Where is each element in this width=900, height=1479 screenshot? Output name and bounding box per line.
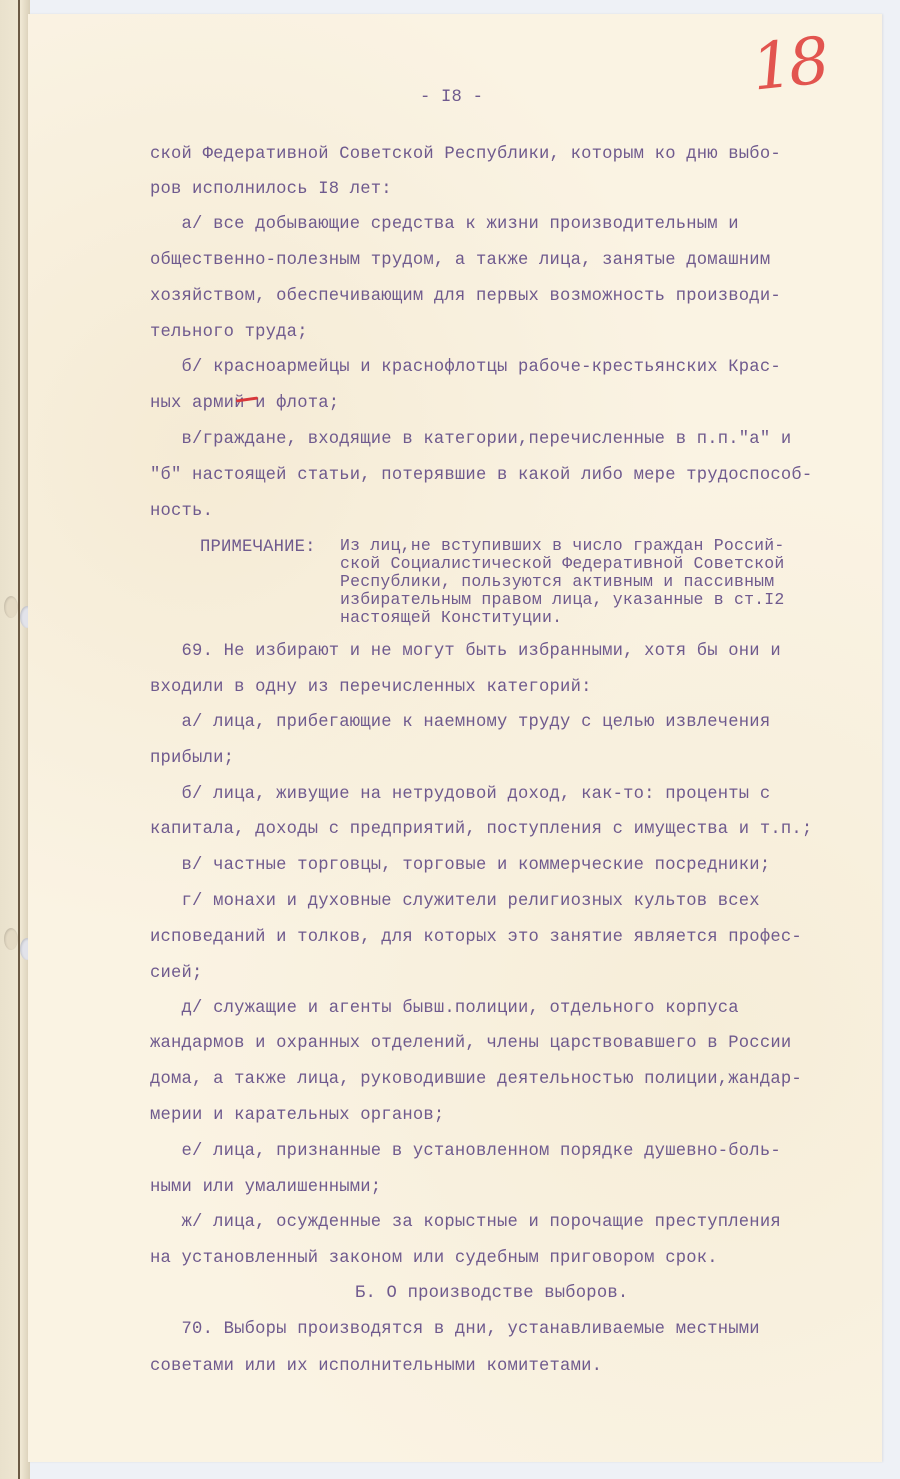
handwritten-folio-number: 18	[748, 24, 829, 105]
binding-edge	[18, 0, 20, 1479]
text-line: капитала, доходы с предприятий, поступле…	[150, 820, 812, 839]
text-line: ской Федеративной Советской Республики, …	[150, 145, 781, 164]
punch-hole	[4, 928, 18, 950]
note-line: настоящей Конституции.	[340, 610, 562, 627]
text-line: 70. Выборы производятся в дни, устанавли…	[150, 1320, 760, 1339]
text-line: советами или их исполнительными комитета…	[150, 1357, 602, 1376]
text-line: б/ лица, живущие на нетрудовой доход, ка…	[150, 785, 770, 804]
text-line: ров исполнилось I8 лет:	[150, 180, 392, 199]
note-line: Республики, пользуются активным и пассив…	[340, 574, 774, 591]
text-line: дома, а также лица, руководившие деятель…	[150, 1070, 802, 1089]
section-heading: Б. О производстве выборов.	[355, 1284, 628, 1303]
text-line: а/ лица, прибегающие к наемному труду с …	[150, 713, 770, 732]
text-line: 69. Не избирают и не могут быть избранны…	[150, 642, 781, 661]
note-line: ской Социалистической Федеративной Совет…	[340, 556, 784, 573]
text-line: общественно-полезным трудом, а также лиц…	[150, 251, 770, 270]
text-line: жандармов и охранных отделений, члены ца…	[150, 1034, 791, 1053]
text-line: г/ монахи и духовные служители религиозн…	[150, 892, 760, 911]
text-line: е/ лица, признанные в установленном поря…	[150, 1142, 781, 1161]
note-label: ПРИМЕЧАНИЕ:	[200, 538, 316, 557]
note-line: избирательным правом лица, указанные в с…	[340, 592, 784, 609]
text-line: исповеданий и толков, для которых это за…	[150, 928, 802, 947]
note-line: Из лиц,не вступивших в число граждан Рос…	[340, 538, 784, 555]
text-line: хозяйством, обеспечивающим для первых во…	[150, 287, 781, 306]
text-line: сией;	[150, 964, 203, 983]
text-line: б/ красноармейцы и краснофлотцы рабоче-к…	[150, 358, 781, 377]
text-line: "б" настоящей статьи, потерявшие в какой…	[150, 466, 812, 485]
text-line: ных армий и флота;	[150, 394, 339, 413]
text-line: входили в одну из перечисленных категори…	[150, 678, 592, 697]
text-line: на установленный законом или судебным пр…	[150, 1249, 718, 1268]
page-number: - I8 -	[420, 88, 483, 107]
text-line: тельного труда;	[150, 323, 308, 342]
text-line: в/граждане, входящие в категории,перечис…	[150, 430, 791, 449]
punch-hole	[4, 596, 18, 618]
text-line: прибыли;	[150, 749, 234, 768]
text-line: мерии и карательных органов;	[150, 1106, 444, 1125]
text-line: д/ служащие и агенты бывш.полиции, отдел…	[150, 999, 739, 1018]
text-line: ж/ лица, осужденные за корыстные и пороч…	[150, 1213, 781, 1232]
underlying-sheet	[0, 0, 30, 1479]
text-line: ными или умалишенными;	[150, 1178, 381, 1197]
text-line: а/ все добывающие средства к жизни произ…	[150, 215, 739, 234]
text-line: в/ частные торговцы, торговые и коммерче…	[150, 856, 770, 875]
text-line: ность.	[150, 502, 213, 521]
